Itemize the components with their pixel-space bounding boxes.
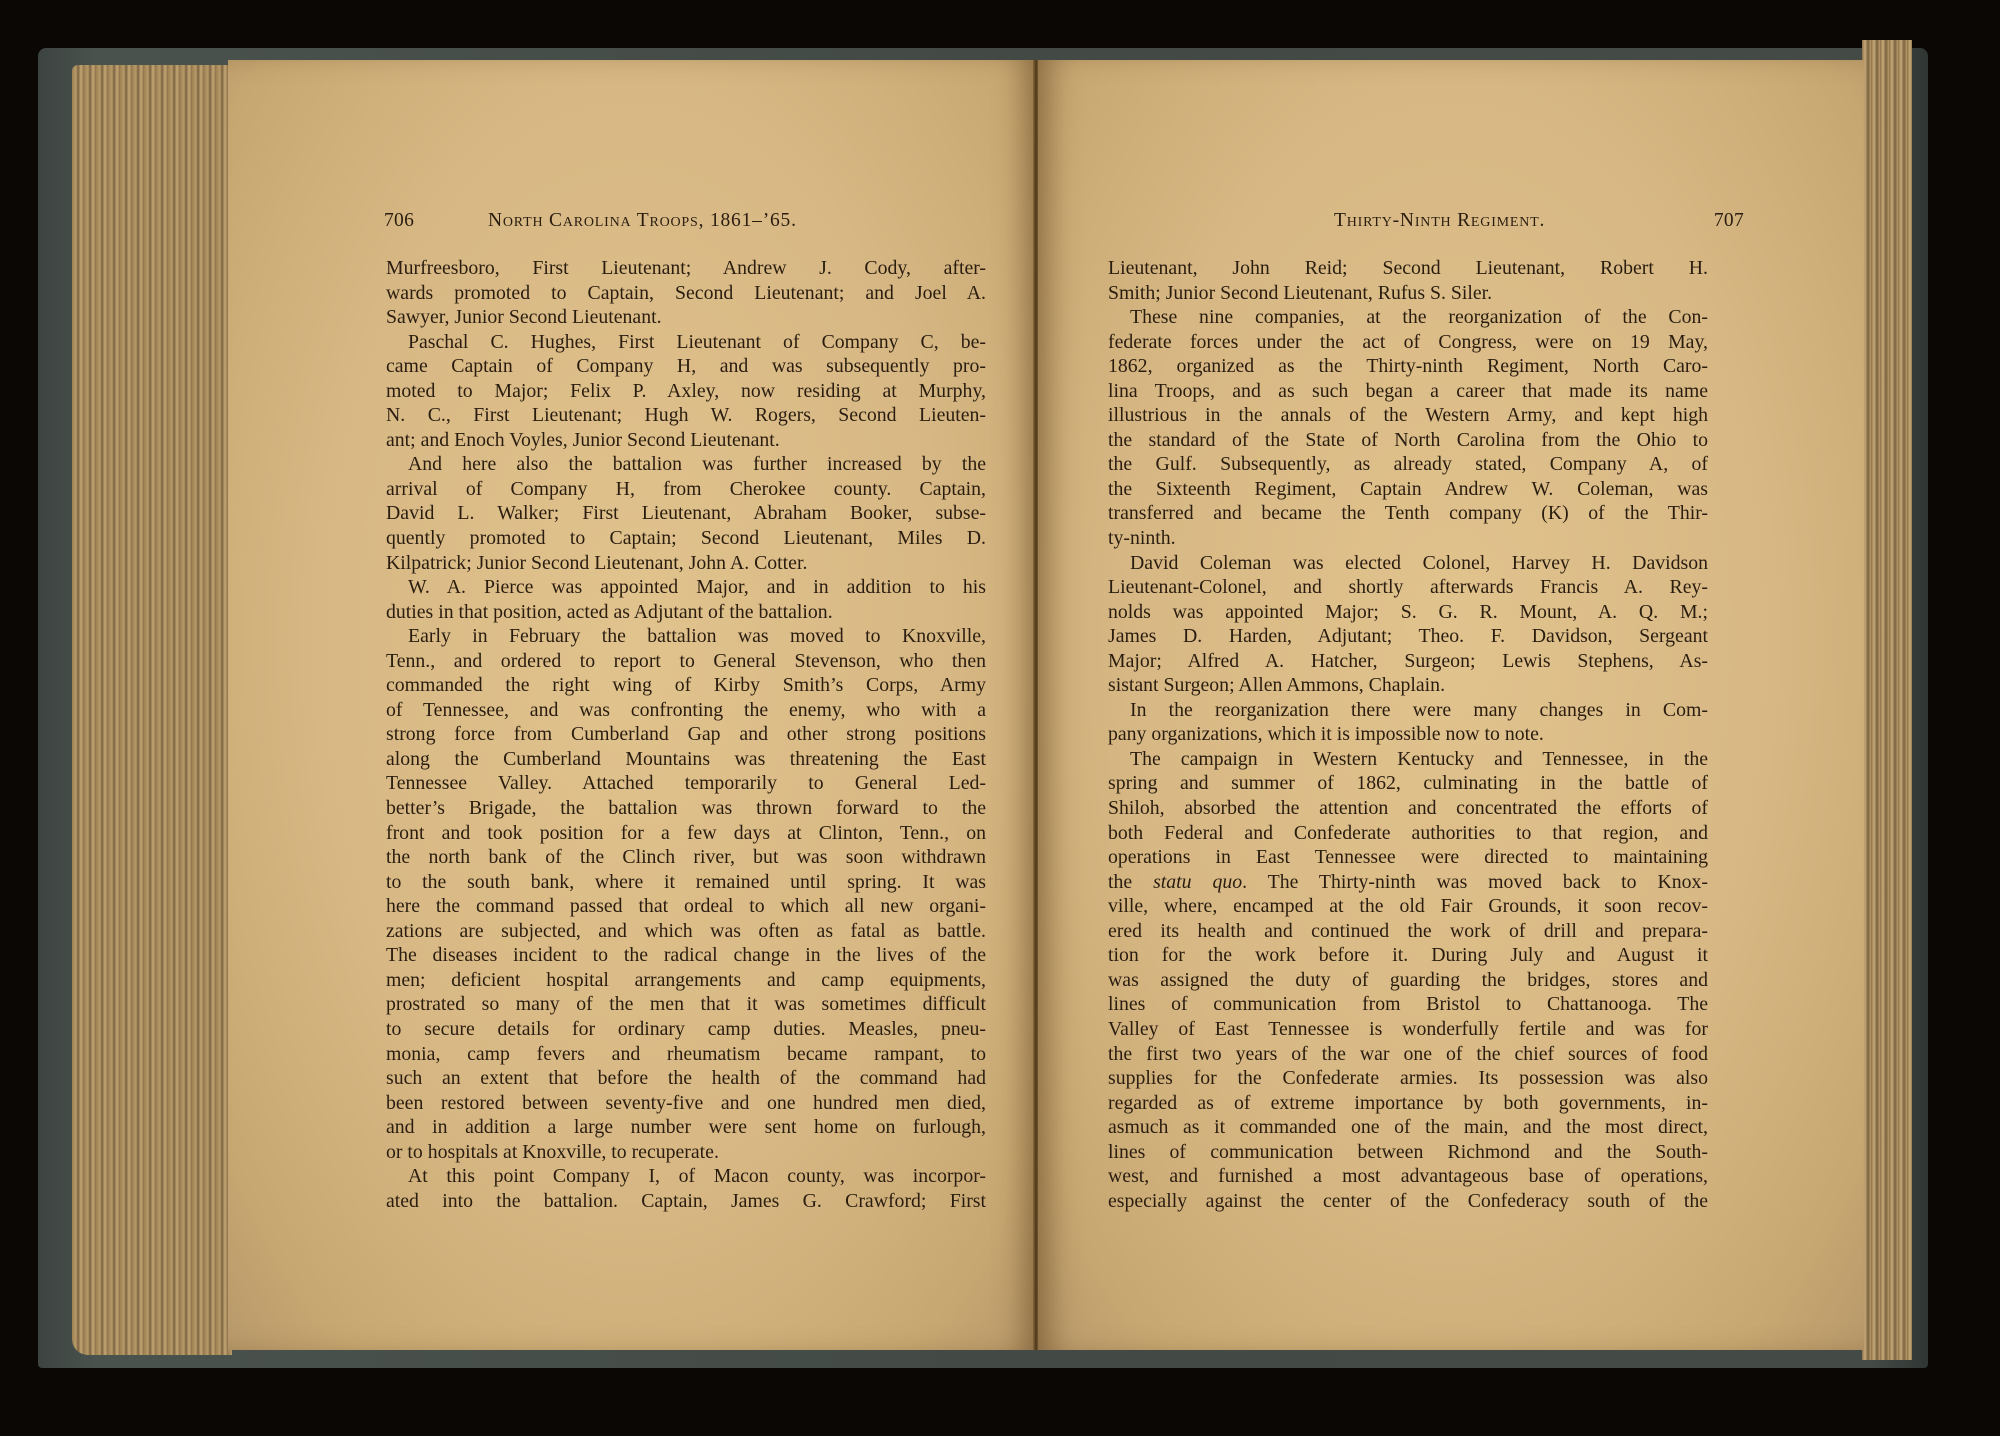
text-line: quently promoted to Captain; Second Lieu… xyxy=(386,526,986,551)
text-line: to the south bank, where it remained unt… xyxy=(386,870,986,895)
text-line: tion for the work before it. During July… xyxy=(1108,943,1708,968)
text-line: At this point Company I, of Macon county… xyxy=(386,1164,986,1189)
text-line: been restored between seventy-five and o… xyxy=(386,1091,986,1116)
text-line: transferred and became the Tenth company… xyxy=(1108,501,1708,526)
text-line: prostrated so many of the men that it wa… xyxy=(386,992,986,1017)
text-line: arrival of Company H, from Cherokee coun… xyxy=(386,477,986,502)
text-line: The campaign in Western Kentucky and Ten… xyxy=(1108,747,1708,772)
left-running-title: North Carolina Troops, 1861–’65. xyxy=(488,210,797,232)
text-line: zations are subjected, and which was oft… xyxy=(386,919,986,944)
text-line: the north bank of the Clinch river, but … xyxy=(386,845,986,870)
text-line: Early in February the battalion was move… xyxy=(386,624,986,649)
text-line: the statu quo. The Thirty-ninth was move… xyxy=(1108,870,1708,895)
text-line: better’s Brigade, the battalion was thro… xyxy=(386,796,986,821)
text-line: The diseases incident to the radical cha… xyxy=(386,943,986,968)
text-line: wards promoted to Captain, Second Lieute… xyxy=(386,281,986,306)
text-line: here the command passed that ordeal to w… xyxy=(386,894,986,919)
text-line: such an extent that before the health of… xyxy=(386,1066,986,1091)
text-line: W. A. Pierce was appointed Major, and in… xyxy=(386,575,986,600)
text-line: lina Troops, and as such began a career … xyxy=(1108,379,1708,404)
text-line: both Federal and Confederate authorities… xyxy=(1108,821,1708,846)
left-running-head: 706 North Carolina Troops, 1861–’65. xyxy=(384,210,1094,232)
text-line: the Sixteenth Regiment, Captain Andrew W… xyxy=(1108,477,1708,502)
text-line: ty-ninth. xyxy=(1108,526,1708,551)
text-line: ated into the battalion. Captain, James … xyxy=(386,1189,986,1214)
left-page-number: 706 xyxy=(384,210,414,232)
text-line: came Captain of Company H, and was subse… xyxy=(386,354,986,379)
text-line: and in addition a large number were sent… xyxy=(386,1115,986,1140)
text-line: Tenn., and ordered to report to General … xyxy=(386,649,986,674)
text-line: Lieutenant, John Reid; Second Lieutenant… xyxy=(1108,256,1708,281)
text-line: Valley of East Tennessee is wonderfully … xyxy=(1108,1017,1708,1042)
text-line: the Gulf. Subsequently, as already state… xyxy=(1108,452,1708,477)
right-page-number: 707 xyxy=(1714,210,1744,232)
text-line: Murfreesboro, First Lieutenant; Andrew J… xyxy=(386,256,986,281)
text-line: In the reorganization there were many ch… xyxy=(1108,698,1708,723)
text-line: Major; Alfred A. Hatcher, Surgeon; Lewis… xyxy=(1108,649,1708,674)
text-line: James D. Harden, Adjutant; Theo. F. Davi… xyxy=(1108,624,1708,649)
text-line: N. C., First Lieutenant; Hugh W. Rogers,… xyxy=(386,403,986,428)
text-line: ered its health and continued the work o… xyxy=(1108,919,1708,944)
text-line: of Tennessee, and was confronting the en… xyxy=(386,698,986,723)
text-line: the first two years of the war one of th… xyxy=(1108,1042,1708,1067)
right-page: Thirty-Ninth Regiment. 707 Lieutenant, J… xyxy=(1038,60,1864,1350)
text-line: men; deficient hospital arrangements and… xyxy=(386,968,986,993)
text-line: monia, camp fevers and rheumatism became… xyxy=(386,1042,986,1067)
text-line: federate forces under the act of Congres… xyxy=(1108,330,1708,355)
text-line: These nine companies, at the reorganizat… xyxy=(1108,305,1708,330)
text-line: operations in East Tennessee were direct… xyxy=(1108,845,1708,870)
text-line: moted to Major; Felix P. Axley, now resi… xyxy=(386,379,986,404)
text-line: David L. Walker; First Lieutenant, Abrah… xyxy=(386,501,986,526)
page-stack-left xyxy=(72,65,232,1355)
text-line: illustrious in the annals of the Western… xyxy=(1108,403,1708,428)
text-line: strong force from Cumberland Gap and oth… xyxy=(386,722,986,747)
text-line: ville, where, encamped at the old Fair G… xyxy=(1108,894,1708,919)
text-line: regarded as of extreme importance by bot… xyxy=(1108,1091,1708,1116)
text-line: Smith; Junior Second Lieutenant, Rufus S… xyxy=(1108,281,1708,306)
text-line: Tennessee Valley. Attached temporarily t… xyxy=(386,771,986,796)
left-body-text: Murfreesboro, First Lieutenant; Andrew J… xyxy=(386,256,986,1213)
text-line: to secure details for ordinary camp duti… xyxy=(386,1017,986,1042)
text-line: Shiloh, absorbed the attention and conce… xyxy=(1108,796,1708,821)
text-line: David Coleman was elected Colonel, Harve… xyxy=(1108,551,1708,576)
text-line: or to hospitals at Knoxville, to recuper… xyxy=(386,1140,986,1165)
text-line: 1862, organized as the Thirty-ninth Regi… xyxy=(1108,354,1708,379)
text-line: And here also the battalion was further … xyxy=(386,452,986,477)
text-line: was assigned the duty of guarding the br… xyxy=(1108,968,1708,993)
text-line: commanded the right wing of Kirby Smith’… xyxy=(386,673,986,698)
text-line: asmuch as it commanded one of the main, … xyxy=(1108,1115,1708,1140)
text-line: the standard of the State of North Carol… xyxy=(1108,428,1708,453)
text-line: supplies for the Confederate armies. Its… xyxy=(1108,1066,1708,1091)
page-stack-right xyxy=(1862,40,1912,1360)
text-line: lines of communication between Richmond … xyxy=(1108,1140,1708,1165)
text-line: nolds was appointed Major; S. G. R. Moun… xyxy=(1108,600,1708,625)
text-line: spring and summer of 1862, culminating i… xyxy=(1108,771,1708,796)
text-line: pany organizations, which it is impossib… xyxy=(1108,722,1708,747)
text-line: ant; and Enoch Voyles, Junior Second Lie… xyxy=(386,428,986,453)
right-running-head: Thirty-Ninth Regiment. 707 xyxy=(1084,210,1744,232)
text-line: Kilpatrick; Junior Second Lieutenant, Jo… xyxy=(386,551,986,576)
text-line: duties in that position, acted as Adjuta… xyxy=(386,600,986,625)
left-page: 706 North Carolina Troops, 1861–’65. Mur… xyxy=(228,60,1036,1350)
text-line: lines of communication from Bristol to C… xyxy=(1108,992,1708,1017)
text-line: Sawyer, Junior Second Lieutenant. xyxy=(386,305,986,330)
text-line: Lieutenant-Colonel, and shortly afterwar… xyxy=(1108,575,1708,600)
text-line: front and took position for a few days a… xyxy=(386,821,986,846)
text-line: sistant Surgeon; Allen Ammons, Chaplain. xyxy=(1108,673,1708,698)
text-line: along the Cumberland Mountains was threa… xyxy=(386,747,986,772)
right-running-title: Thirty-Ninth Regiment. xyxy=(1334,210,1545,232)
text-line: Paschal C. Hughes, First Lieutenant of C… xyxy=(386,330,986,355)
text-line: especially against the center of the Con… xyxy=(1108,1189,1708,1214)
text-line: west, and furnished a most advantageous … xyxy=(1108,1164,1708,1189)
right-body-text: Lieutenant, John Reid; Second Lieutenant… xyxy=(1108,256,1708,1213)
